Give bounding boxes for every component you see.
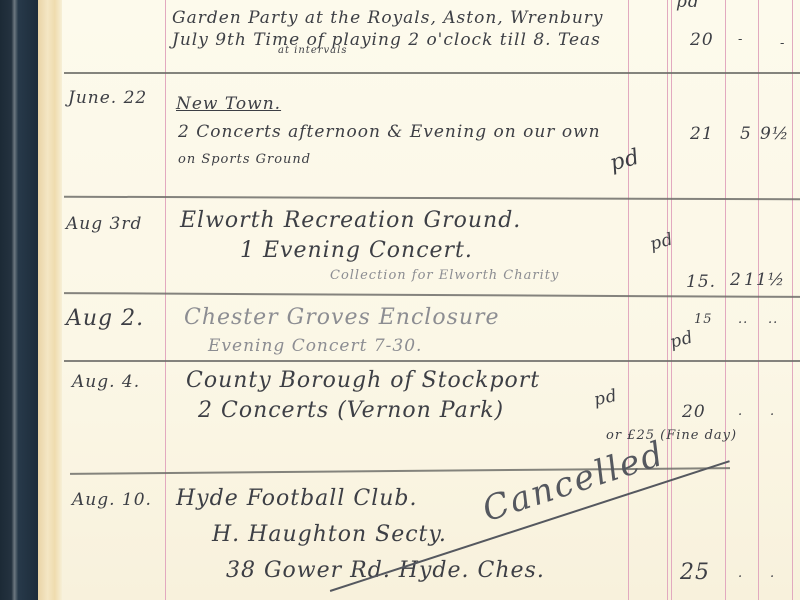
amount-shillings: 2 (730, 270, 742, 290)
entry-line: Elworth Recreation Ground. (180, 208, 521, 233)
entry-line: at intervals (278, 45, 347, 56)
amount-pence: - (780, 36, 785, 51)
entry-date: Aug 3rd (66, 214, 142, 234)
amount-pounds: 15 (694, 312, 713, 327)
amount-shillings: 5 (740, 124, 752, 144)
amount-pence: 9½ (760, 124, 789, 144)
amount-pounds: 15. (686, 272, 716, 292)
column-rule (792, 0, 793, 600)
entry-line: July 9th Time of playing 2 o'clock till … (172, 30, 601, 50)
entry-line: Chester Groves Enclosure (184, 305, 500, 330)
entry-line: H. Haughton Secty. (212, 522, 447, 547)
book-binding (0, 0, 38, 600)
amount-pence: . (770, 404, 775, 419)
entry-date: Aug. 10. (72, 490, 152, 510)
amount-shillings: .. (738, 312, 748, 327)
entry-line: 1 Evening Concert. (240, 238, 473, 263)
entry-divider (64, 72, 800, 74)
amount-shillings: . (738, 566, 743, 581)
amount-shillings: . (738, 404, 743, 419)
entry-line: Evening Concert 7-30. (208, 336, 422, 356)
amount-pence: 11½ (744, 270, 785, 290)
column-rule (758, 0, 759, 600)
entry-line: Garden Party at the Royals, Aston, Wrenb… (172, 8, 604, 28)
column-rule (725, 0, 726, 600)
column-rule (628, 0, 629, 600)
amount-pounds: 25 (680, 560, 710, 585)
entry-line: 38 Gower Rd. Hyde. Ches. (226, 558, 545, 583)
entry-date: June. 22 (68, 88, 147, 108)
amount-shillings: - (738, 32, 743, 47)
paid-mark: pd (676, 0, 700, 12)
amount-pounds: 20 (682, 402, 706, 422)
entry-date: Aug 2. (66, 306, 144, 331)
entry-line: 2 Concerts (Vernon Park) (198, 398, 504, 423)
column-rule (667, 0, 668, 600)
amount-pence: . (770, 566, 775, 581)
entry-line: County Borough of Stockport (186, 368, 540, 393)
entry-date: Aug. 4. (72, 372, 140, 392)
entry-note: Collection for Elworth Charity (330, 268, 559, 283)
amount-pounds: 21 (690, 124, 714, 144)
page-edge (38, 0, 62, 600)
entry-note: or £25 (Fine day) (606, 428, 737, 443)
entry-divider (64, 360, 800, 362)
entry-line: 2 Concerts afternoon & Evening on our ow… (178, 122, 601, 142)
margin-rule (165, 0, 166, 600)
entry-line: New Town. (176, 94, 281, 114)
ledger-page (62, 0, 800, 600)
amount-pounds: 20 (690, 30, 714, 50)
entry-line: Hyde Football Club. (176, 486, 417, 511)
amount-pence: .. (768, 312, 778, 327)
column-rule (671, 0, 672, 600)
entry-line: on Sports Ground (178, 152, 311, 167)
